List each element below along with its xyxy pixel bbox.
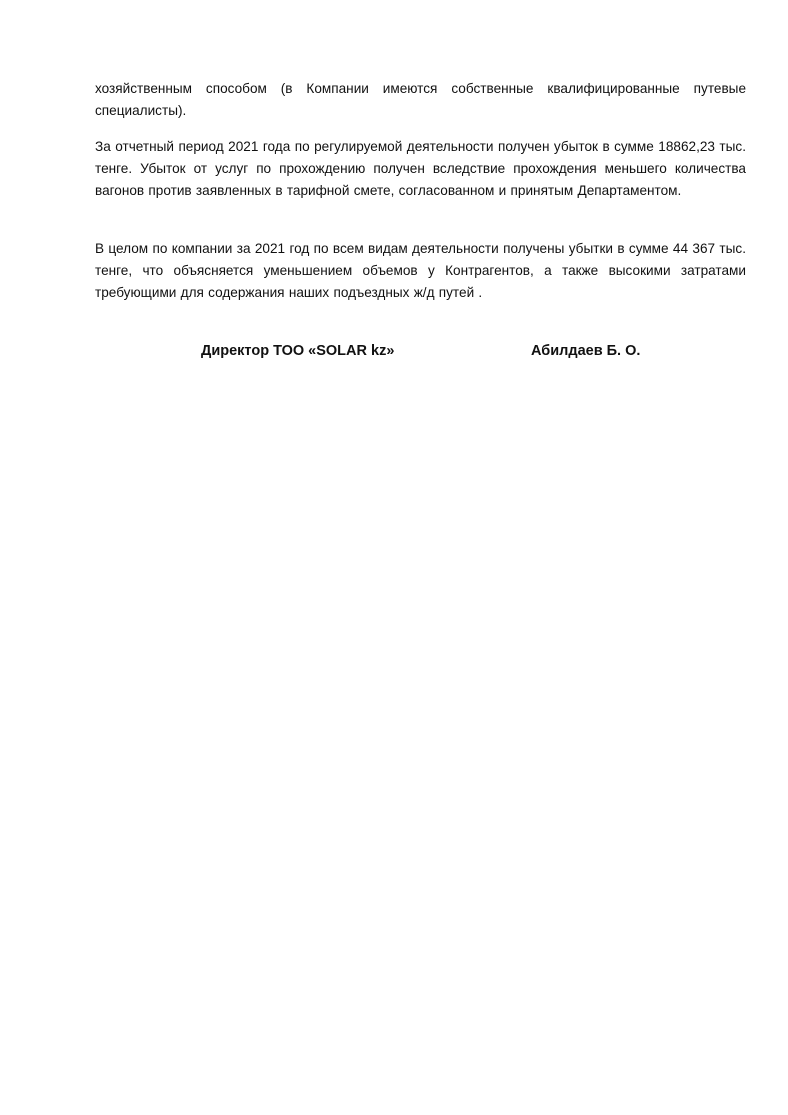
signatory-name: Абилдаев Б. О.: [531, 343, 640, 359]
paragraph-total-company-loss: В целом по компании за 2021 год по всем …: [95, 238, 746, 304]
paragraph-regulated-activity-loss: За отчетный период 2021 года по регулиру…: [95, 136, 746, 202]
signatory-title: Директор ТОО «SOLAR kz»: [201, 343, 394, 359]
document-page: хозяйственным способом (в Компании имеют…: [0, 0, 788, 1115]
paragraph-continuation: хозяйственным способом (в Компании имеют…: [95, 78, 746, 122]
signature-block: Директор ТОО «SOLAR kz» Абилдаев Б. О.: [0, 343, 788, 367]
